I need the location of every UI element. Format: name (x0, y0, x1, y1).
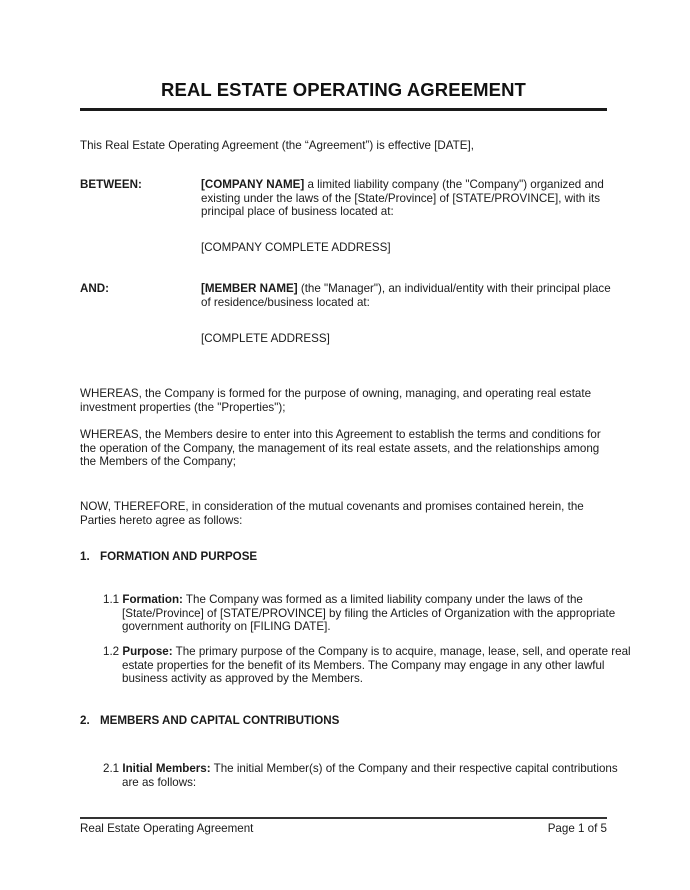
clause-purpose: 1.2 Purpose: The primary purpose of the … (103, 645, 632, 686)
whereas-paragraph: WHEREAS, the Members desire to enter int… (80, 428, 610, 469)
now-therefore-paragraph: NOW, THEREFORE, in consideration of the … (80, 500, 610, 527)
between-party: [COMPANY NAME] a limited liability compa… (201, 178, 611, 219)
company-address: [COMPANY COMPLETE ADDRESS] (201, 241, 611, 255)
clause-formation: 1.1 Formation: The Company was formed as… (103, 593, 632, 634)
member-name: [MEMBER NAME] (201, 282, 298, 295)
intro-paragraph: This Real Estate Operating Agreement (th… (80, 139, 610, 153)
section-heading: 1.FORMATION AND PURPOSE (80, 550, 257, 564)
document-title: REAL ESTATE OPERATING AGREEMENT (80, 79, 607, 101)
member-address: [COMPLETE ADDRESS] (201, 332, 611, 346)
footer-page-number: Page 1 of 5 (548, 822, 607, 836)
footer-rule (80, 817, 607, 819)
between-label: BETWEEN: (80, 178, 142, 192)
and-label: AND: (80, 282, 109, 296)
and-party: [MEMBER NAME] (the "Manager"), an indivi… (201, 282, 611, 309)
company-name: [COMPANY NAME] (201, 178, 304, 191)
title-rule (80, 108, 607, 111)
clause-initial-members: 2.1 Initial Members: The initial Member(… (103, 762, 632, 789)
footer-document-name: Real Estate Operating Agreement (80, 822, 253, 836)
section-heading: 2.MEMBERS AND CAPITAL CONTRIBUTIONS (80, 714, 339, 728)
whereas-paragraph: WHEREAS, the Company is formed for the p… (80, 387, 610, 414)
